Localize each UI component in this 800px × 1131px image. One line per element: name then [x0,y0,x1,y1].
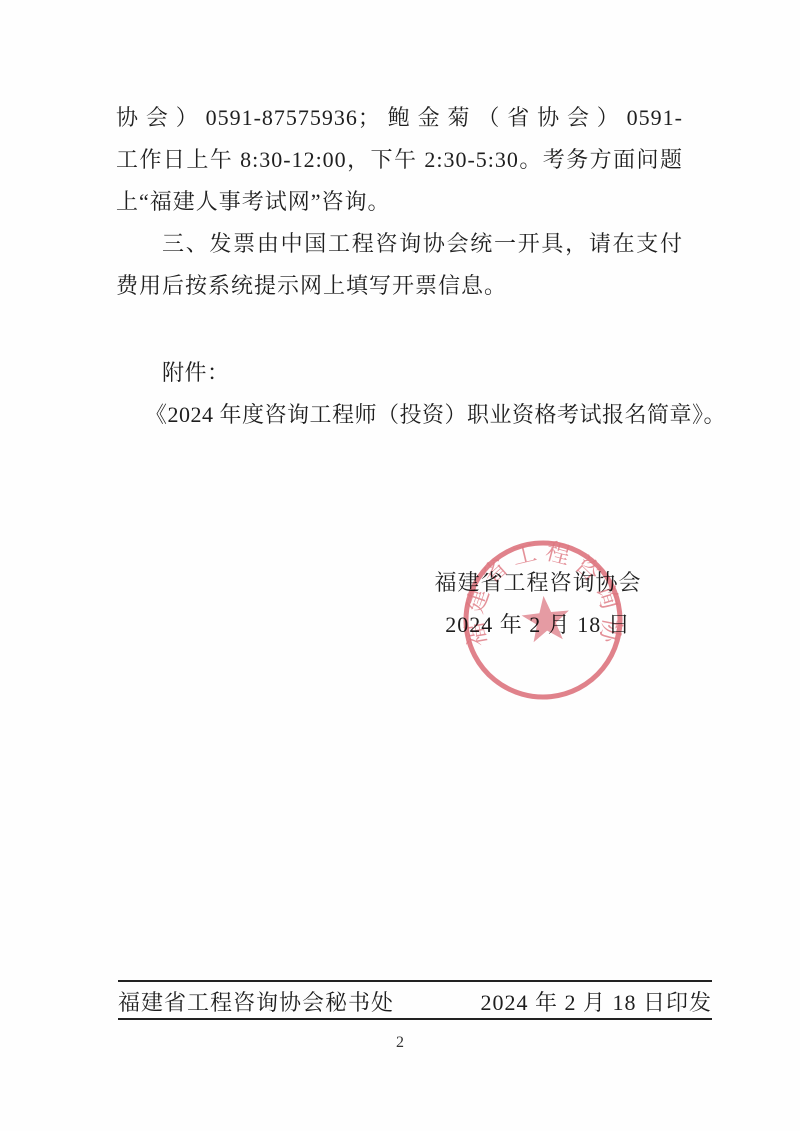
footer-rule-bottom [118,1018,712,1020]
official-seal: 福建省工程咨询协会 [450,527,637,714]
page-number: 2 [0,1034,800,1052]
body-text: 协会）0591-87575936；鲍金菊（省协会）0591-88260576， … [116,97,683,307]
attachment-item: 《2024 年度咨询工程师（投资）职业资格考试报名简章》。 [116,394,716,436]
attachment-label: 附件： [116,352,716,394]
attachment-section: 附件： 《2024 年度咨询工程师（投资）职业资格考试报名简章》。 [116,352,716,436]
body-line: 三、发票由中国工程咨询协会统一开具，请在支付考试 [116,223,683,265]
document-page: 协会）0591-87575936；鲍金菊（省协会）0591-88260576， … [0,0,800,1131]
footer-print-date: 2024 年 2 月 18 日印发 [480,986,712,1017]
body-line: 工作日上午 8:30-12:00，下午 2:30-5:30。考务方面问题可 [116,139,683,181]
seal-star-icon [520,593,572,643]
body-line: 协会）0591-87575936；鲍金菊（省协会）0591-88260576， [116,97,683,139]
body-line: 费用后按系统提示网上填写开票信息。 [116,265,683,307]
footer-row: 福建省工程咨询协会秘书处 2024 年 2 月 18 日印发 [118,984,712,1018]
body-line: 上“福建人事考试网”咨询。 [116,181,683,223]
seal-arc-text: 福建省工程咨询协会 [450,527,629,669]
footer-issuer: 福建省工程咨询协会秘书处 [118,986,394,1017]
footer-rule-top [118,980,712,982]
